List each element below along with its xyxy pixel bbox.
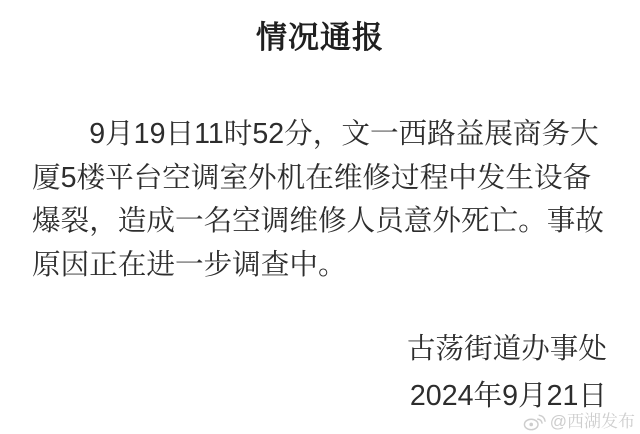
watermark: @西湖发布 bbox=[523, 412, 635, 432]
notice-title: 情况通报 bbox=[0, 0, 640, 55]
notice-page: 情况通报 9月19日11时52分，文一西路益展商务大 厦5楼平台空调室外机在维修… bbox=[0, 0, 640, 434]
notice-body: 9月19日11时52分，文一西路益展商务大 厦5楼平台空调室外机在维修过程中发生… bbox=[32, 113, 608, 287]
body-line-4: 原因正在进一步调查中。 bbox=[32, 244, 608, 288]
body-line-2: 厦5楼平台空调室外机在维修过程中发生设备 bbox=[32, 157, 608, 201]
body-line-1: 9月19日11时52分，文一西路益展商务大 bbox=[32, 113, 608, 157]
body-line-3: 爆裂，造成一名空调维修人员意外死亡。事故 bbox=[32, 200, 608, 244]
signature-block: 古荡街道办事处 2024年9月21日 bbox=[0, 326, 607, 420]
issuer-signature: 古荡街道办事处 bbox=[0, 326, 607, 373]
issue-date: 2024年9月21日 bbox=[0, 373, 607, 420]
weibo-icon bbox=[523, 413, 546, 431]
watermark-text: @西湖发布 bbox=[550, 412, 635, 432]
